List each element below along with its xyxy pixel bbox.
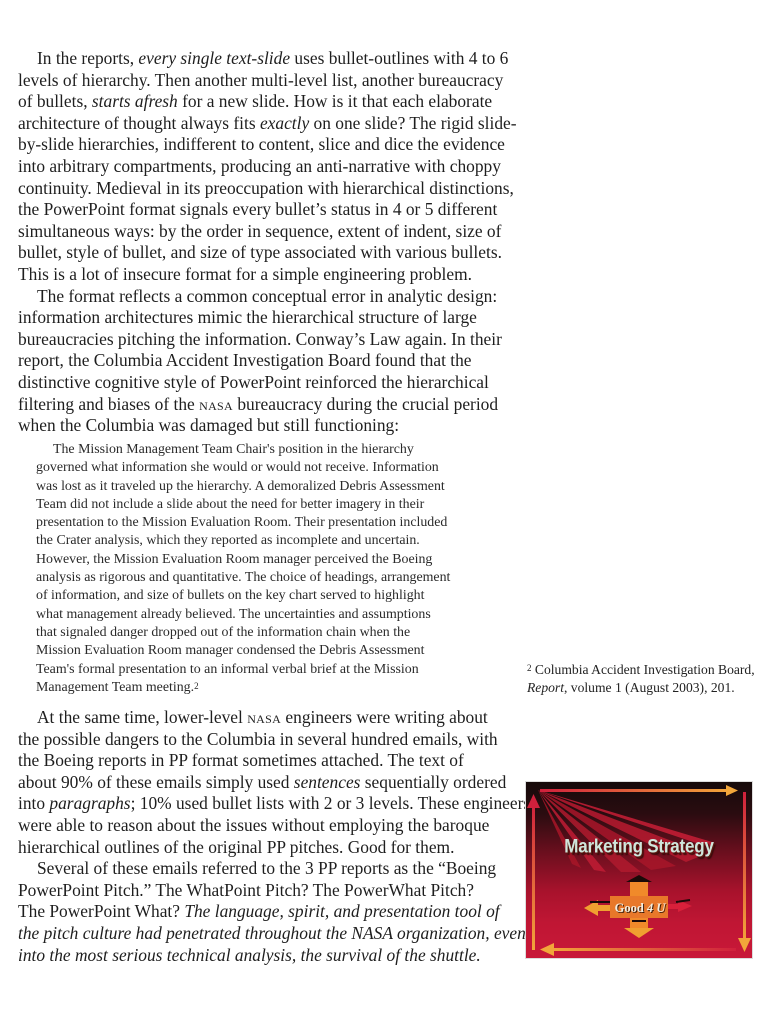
slide-title: Marketing Strategy [526, 836, 752, 858]
footnote-reference[interactable]: 2 [194, 681, 199, 691]
body-text-bottom: At the same time, lower-level NASA engin… [18, 707, 488, 966]
paragraph-1: In the reports, every single text-slide … [18, 48, 482, 286]
footnote-marker: 2 [527, 663, 532, 673]
body-text-top: In the reports, every single text-slide … [18, 48, 482, 437]
slide-badge: Good 4 U [611, 899, 669, 917]
block-quote: The Mission Management Team Chair's posi… [36, 441, 476, 697]
nasa-small-caps: NASA [247, 707, 281, 727]
nasa-small-caps: NASA [199, 394, 233, 414]
paragraph-4: Several of these emails referred to the … [18, 858, 488, 966]
paragraph-3: At the same time, lower-level NASA engin… [18, 707, 488, 858]
slide-graphics [526, 782, 752, 958]
light-rays [538, 790, 712, 872]
marketing-strategy-slide-image: Marketing Strategy Good 4 U [526, 782, 752, 958]
paragraph-2: The format reflects a common conceptual … [18, 286, 482, 437]
sidenote-footnote: 2 Columbia Accident Investigation Board,… [527, 661, 762, 697]
